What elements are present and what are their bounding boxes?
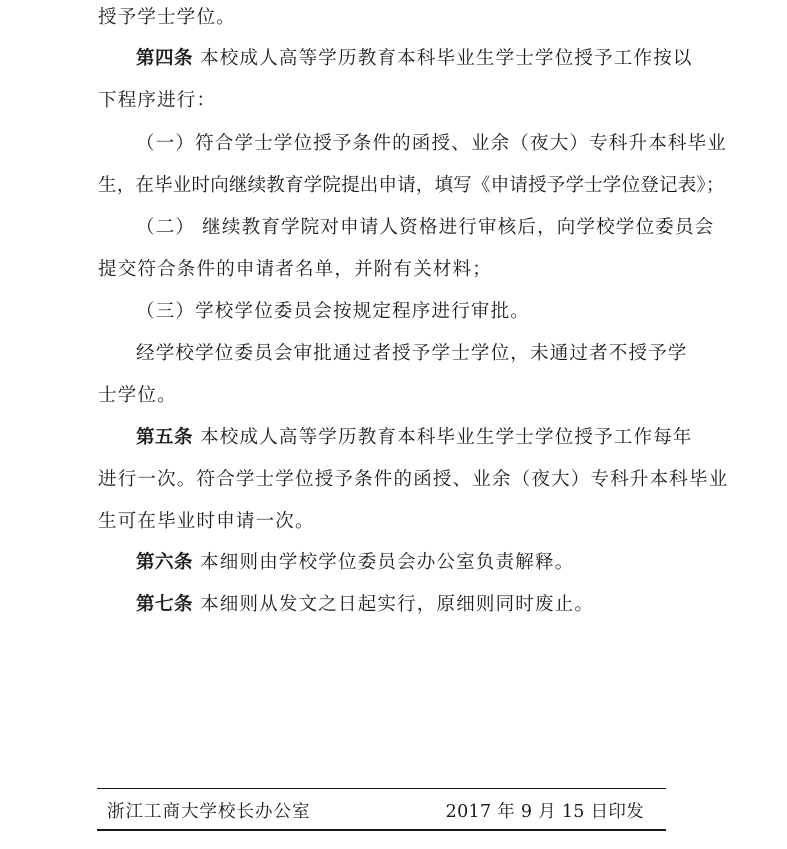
paragraph-line: 士学位。 bbox=[98, 384, 177, 408]
paragraph-line: 下程序进行： bbox=[98, 89, 216, 113]
footer-top-rule bbox=[97, 788, 666, 789]
article-text: 本细则由学校学位委员会办公室负责解释。 bbox=[200, 552, 574, 573]
article-text: 本细则从发文之日起实行，原细则同时废止。 bbox=[200, 594, 594, 615]
issue-date: 2017 年 9 月 15 日印发 bbox=[404, 798, 644, 823]
article-text: 本校成人高等学历教育本科毕业生学士学位授予工作按以 bbox=[200, 48, 693, 69]
paragraph-line: 生，在毕业时向继续教育学院提出申请，填写《申请授予学士学位登记表》； bbox=[98, 174, 725, 198]
issuer-name: 浙江工商大学校长办公室 bbox=[107, 798, 311, 823]
item-3-line: （三）学校学位委员会按规定程序进行审批。 bbox=[136, 300, 530, 324]
article-4-line: 第四条 本校成人高等学历教育本科毕业生学士学位授予工作按以 bbox=[136, 47, 693, 71]
article-heading: 第五条 bbox=[136, 427, 193, 448]
item-2-line: （二） 继续教育学院对申请人资格进行审核后，向学校学位委员会 bbox=[136, 216, 714, 240]
article-7-line: 第七条 本细则从发文之日起实行，原细则同时废止。 bbox=[136, 593, 594, 617]
article-6-line: 第六条 本细则由学校学位委员会办公室负责解释。 bbox=[136, 551, 574, 575]
footer-bottom-rule bbox=[97, 829, 666, 831]
paragraph-line: 生可在毕业时申请一次。 bbox=[98, 510, 315, 534]
article-heading: 第六条 bbox=[136, 552, 193, 573]
paragraph-line: 进行一次。符合学士学位授予条件的函授、业余（夜大）专科升本科毕业 bbox=[98, 468, 728, 492]
article-heading: 第四条 bbox=[136, 48, 193, 69]
paragraph-line: 授予学士学位。 bbox=[98, 6, 236, 30]
article-text: 本校成人高等学历教育本科毕业生学士学位授予工作每年 bbox=[200, 427, 693, 448]
article-5-line: 第五条 本校成人高等学历教育本科毕业生学士学位授予工作每年 bbox=[136, 426, 693, 450]
item-1-line: （一）符合学士学位授予条件的函授、业余（夜大）专科升本科毕业 bbox=[136, 132, 727, 156]
paragraph-line: 经学校学位委员会审批通过者授予学士学位，未通过者不授予学 bbox=[136, 342, 688, 366]
article-heading: 第七条 bbox=[136, 594, 193, 615]
paragraph-line: 提交符合条件的申请者名单，并附有关材料； bbox=[98, 258, 492, 282]
